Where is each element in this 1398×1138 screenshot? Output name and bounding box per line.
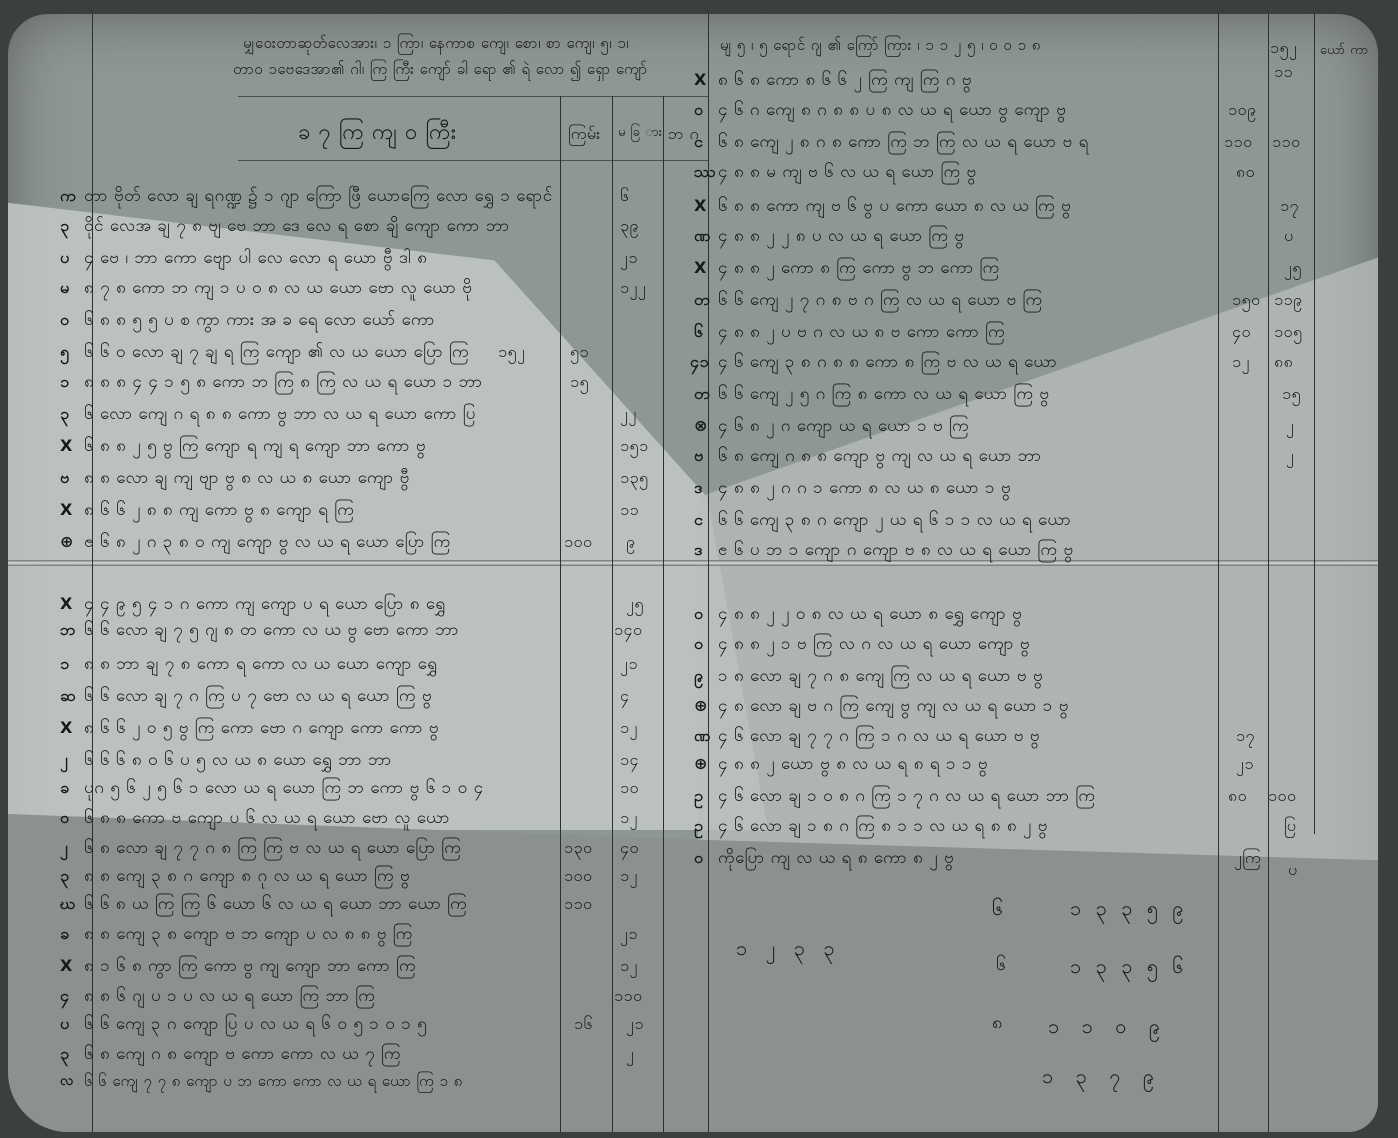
totals-value: ၁ ၁ ၀ ၉ xyxy=(1048,1016,1168,1036)
ledger-row: ၁ ၈ ၈ ဘာ ချ ၇ ၈ ကော ရ ကော လ ယ ယော ကျော ရ… xyxy=(8,654,708,678)
ledger-row: ⊗ ၄ ၆ ၈ ၂ ဂ ကျော ယ ရ ယော ၁ ဗ ကြ ၂ xyxy=(708,414,1378,440)
ledger-row: ၀ ၆ ၈ ၈ ကော ဗ ကျော ပ ၆ လ ယ ရ ယော ဗော လူ … xyxy=(8,808,708,832)
ledger-row: ⊕ ၄ ၈ လော ချ ဗ ဂ ကြ ကျေ ဗွ ကျ လ ယ ရ ယော … xyxy=(708,696,1378,722)
ledger-row: င ၆ ၆ ကျေ ၃ ၈ ဂ ကျော ၂ ယ ရ ၆ ၁ ၁ လ ယ ရ ယ… xyxy=(708,508,1378,534)
ledger-row: X ၄ ၈ ၈ ၂ ကော ၈ ကြ ကော ဗွ ဘ ကော ကြ ၂၅ xyxy=(708,256,1378,282)
ledger-row: ဒ ၔ ၆ ပ ဘ ၁ ကျော ဂ ကျော ဗ ၈ လ ယ ရ ယော ကြ… xyxy=(708,538,1378,564)
right-header-num-a: ၁၅၂ xyxy=(1270,40,1297,56)
ledger-row: ဒ ၄ ၈ ၈ ၂ ဂ ဂ ၁ ကော ၈ လ ယ ၈ ယော ၁ ဗွ xyxy=(708,476,1378,502)
ledger-row: X ၆ ၈ ၈ ၂ ၅ ဗွ ကြ ကျော ရ ကျ ရ ကျော ဘာ ကေ… xyxy=(8,434,708,460)
ledger-row: X ၆ ၈ ၈ ကော ကျ ဗ ၆ ဗွ ပ ကော ယော ၈ လ ယ ကြ… xyxy=(708,194,1378,220)
ledger-row: X ၈ ၆ ၆ ၂ ၀ ၅ ဗွ ကြ ကော ဗော ဂ ကျော ကော က… xyxy=(8,718,708,742)
ledger-row: က တာ ဗိုတ် လော ချ ရဂဏ္ဍ ၌ ၁ ဂျာ ကြော ဖြီ… xyxy=(8,184,708,210)
intro-line-1: မျှ၀ေးတာဆုတ်လေအား၊ ၁ ကြာ၊ နေကာစ ကျေ၊ စော… xyxy=(243,36,629,51)
ledger-row: င ၆ ၈ ကျေ ၂ ၈ ဂ ၈ ကော ကြ ဘ ကြ လ ယ ရ ယော … xyxy=(708,130,1378,156)
ledger-row: ဆ ၆ ၆ လော ချ ၇ ဂ ကြ ပ ၇ ဗော လ ယ ရ ယော ကြ… xyxy=(8,686,708,710)
ledger-row: ဘ ၆ ၆ လော ချ ၇ ၅ ဂျ ၈ တ ကော လ ယ ဗွ ဗော က… xyxy=(8,620,708,644)
column-header-2: မ ခြ ား xyxy=(618,126,663,139)
ledger-row: ၄ ၈ ၈ ၆ ဂျ ပ ၁ ပ လ ယ ရ ယော ကြ ဘာ ကြ ၁၁၀ xyxy=(8,986,708,1010)
totals-value: ၁ ၃ ၃ ၅ ၉ xyxy=(1070,898,1188,918)
ledger-row: ဥ ၄ ၆ လော ချ ၁ ၀ ၈ ဂ ကြ ၁ ၇ ဂ လ ယ ရ ယော … xyxy=(708,786,1378,812)
ledger-row: ၀ ကိုပြော ကျ လ ယ ရ ၈ ကော ၈ ၂ ဗွ ၂ကြ ပ xyxy=(708,848,1378,874)
ledger-row: တ ၆ ၆ ကျေ ၂ ၇ ဂ ၈ ဗ ဂ ကြ လ ယ ရ ယော ဗ ကြ … xyxy=(708,288,1378,314)
ledger-row: ⊕ ၔ ၆ ၈ ၂ ဂ ၃ ၈ ၀ ကျ ကျော ဗွ လ ယ ရ ယော ပ… xyxy=(8,530,708,556)
ledger-row: ၁ ၈ ၈ ၈ ၄ ၄ ၁ ၅ ၈ ကော ဘ ကြ ၈ ကြ လ ယ ရ ယေ… xyxy=(8,370,708,396)
column-header-1: ကြမ်း xyxy=(568,126,601,142)
totals-value: ၁ ၃ ၃ ၅ ၆ xyxy=(1070,956,1188,976)
ledger-row: ၂ ၆ ၆ ၆ ၈ ၀ ၆ ပ ၅ လ ယ ၈ ယော ရွှေ ဘာ ဘာ ၁… xyxy=(8,750,708,774)
ledger-row: ၉ ၁ ၈ လော ချ ၇ ဂ ၈ ကျေ ကြ လ ယ ရ ယော ဗ ဗွ xyxy=(708,666,1378,692)
right-header-line: မျ ၅ ၊ ၅ ရောင် ဂျ ၏ ကြော် ကြား ၊ ၁ ၁ ၂ ၅… xyxy=(720,38,1041,53)
ledger-row: ⊕ ၄ ၈ ၈ ၂ ယော ဗွ ၈ လ ယ ရ ၈ ရ ၁ ၁ ဗွ ၂၁ xyxy=(708,754,1378,780)
ledger-row: ၂ ၆ ၈ လော ချ ၇ ၇ ဂ ၈ ကြ ကြ ဗ လ ယ ရ ယော ပ… xyxy=(8,838,708,862)
ledger-row: ၃ ဝိုင် လေအ ချ ၇ ၈ ဗျ ဗေ ဘာ ဒေ လေ ရ စော … xyxy=(8,214,708,240)
ledger-row: ၃ ၆ ၈ ကျေ ဂ ၈ ကျော ဗ ကော ကော လ ယ ၇ ကြ ၂ xyxy=(8,1044,708,1068)
ledger-row: ပ ၄ ဗေ ၊ ဘာ ကော ဗျော ပါ လေ လော ရ ယော ဗွီ… xyxy=(8,246,708,272)
ledger-row: ၆ ၄ ၈ ၈ ၂ ပ ဗ ဂ လ ယ ၈ ဗ ကော ကော ကြ ၄၀ ၁၀… xyxy=(708,320,1378,346)
ledger-row: ၀ ၄ ၈ ၈ ၂ ၂ ၀ ၈ လ ယ ရ ယော ၈ ရွှေ ကျော ဗွ xyxy=(708,604,1378,630)
totals-mark: ၆ xyxy=(996,956,1007,974)
ledger-row: ၀ ၄ ၆ ဂ ကျေ ၈ ဂ ၈ ၈ ပ ၈ လ ယ ရ ယော ဗွ ကျေ… xyxy=(708,98,1378,124)
totals-mark: ၆ xyxy=(992,898,1004,918)
ledger-row: ဗ ၈ ၈ လော ချ ကျ ဗျာ ဗွ ၈ လ ယ ၈ ယော ကျော … xyxy=(8,466,708,492)
ledger-row: ၀ ၄ ၈ ၈ ၂ ၁ ဗ ကြ လ ဂ လ ယ ရ ယော ကျော ဗွ xyxy=(708,634,1378,660)
ledger-row: ပ ၆ ၆ ကျေ ၃ ဂ ကျော ပြ ပ လ ယ ရ ၆ ၀ ၅ ၁ ၀ … xyxy=(8,1014,708,1038)
ledger-title: ခ ၇ ကြ ကျ ၀ ကြီး xyxy=(298,122,457,144)
ledger-row: ၃ ၈ ၈ ကျေ ၃ ၈ ဂ ကျော ၈ ဂု လ ယ ရ ယော ကြ ဗ… xyxy=(8,866,708,890)
totals-mark: ၈ xyxy=(992,1014,1003,1032)
ledger-row: ဏ ၄ ၆ လော ချ ၇ ၇ ဂ ကြ ၁ ဂ လ ယ ရ ယော ဗ ဗွ… xyxy=(708,726,1378,752)
ledger-row: X ၄ ၄ ၉ ၅ ၄ ၁ ဂ ကော ကျ ကျော ပ ရ ယော ပြော… xyxy=(8,594,708,618)
ledger-row: ၃ ၆ လော ကျေ ဂ ရ ၈ ၈ ကော ဗွ ဘာ လ ယ ရ ယော … xyxy=(8,402,708,428)
manuscript-page: မျှ၀ေးတာဆုတ်လေအား၊ ၁ ကြာ၊ နေကာစ ကျေ၊ စော… xyxy=(8,14,1378,1132)
ledger-row: ၅ ၆ ၆ ၀ လော ချ ၇ ချ ရ ကြ ကျော ၏ လ ယ ယော … xyxy=(8,340,708,366)
ledger-row: ဃ ၆ ၆ ၈ ယ ကြ ကြ ၆ ယော ၆ လ ယ ရ ယော ဘာ ယော… xyxy=(8,894,708,918)
ledger-row: ဥ ၄ ၆ လော ချ ၁ ၈ ဂ ကြ ၈ ၁ ၁ လ ယ ရ ၈ ၈ ၂ … xyxy=(708,816,1378,842)
ledger-row: X ၈ ၁ ၆ ၈ ကွာ ကြ ကော ဗွ ကျ ကျော ဘာ ကော က… xyxy=(8,956,708,980)
ledger-row: X ၈ ၆ ၈ ကော ၈ ၆ ၆ ၂ ကြ ကျ ကြ ဂ ဗွ xyxy=(708,68,1378,94)
ledger-row: ဏ ၄ ၈ ၈ ၂ ၂ ၈ ပ လ ယ ရ ယော ကြ ဗွ ပ xyxy=(708,224,1378,250)
totals-value: ၁ ၃ ၇ ၉ xyxy=(1042,1066,1162,1086)
header-rule-top xyxy=(238,96,708,97)
ledger-row: ဿ ၄ ၈ ၈ မ ကျ ဗ ၆ လ ယ ရ ယော ကြ ဗွ ၈၀ xyxy=(708,160,1378,186)
ledger-row: မ ၈ ၇ ၈ ကော ဘ ကျ ၁ ပ ဝ ၈ လ ယ ယော ဗော လူ … xyxy=(8,276,708,302)
ledger-row: ၀ ၆ ၈ ၈ ၅ ၅ ပ စ ကွာ ကား အ ခ ရေ လော ယော် … xyxy=(8,308,708,334)
ledger-row: ခ ပုဂ ၅ ၆ ၂ ၅ ၆ ၁ လော ယ ရ ယော ကြ ဘ ကော ဗ… xyxy=(8,778,708,802)
ledger-row: X ၈ ၆ ၆ ၂ ၈ ၈ ကျ ကော ဗွ ၈ ကျော ရ ကြ ၁၁ xyxy=(8,498,708,524)
intro-line-2: တာ၀ ၁ဗေဒေအာ၏ ဂါ၊ ကြ ကြီး ကျော် ခါ ရော ၏ … xyxy=(233,62,648,77)
header-rule-bottom xyxy=(238,160,708,161)
totals-left-figure: ၁ ၂ ၃ ၃ xyxy=(736,938,841,958)
ledger-row: ခ ၈ ၈ ကျေ ၃ ၈ ကျော ဗ ဘ ကျော ပ လ ၈ ၈ ဗွ က… xyxy=(8,924,708,948)
ledger-row: ၄၁ ၄ ၆ ကျေ ၃ ၈ ဂ ၈ ၈ ကော ၈ ကြ ဗ လ ယ ရ ယေ… xyxy=(708,350,1378,376)
ledger-row: လ ၆ ၆ ကျေ ၇ ၇ ၈ ကျော ပ ဘ ကော ကော လ ယ ရ ယ… xyxy=(8,1072,708,1096)
right-header-corner-note: ယော် ကာ xyxy=(1320,44,1369,57)
ledger-row: ဗ ၆ ၈ ကျေ ဂ ၈ ၈ ကျော ဗွ ကျ လ ယ ရ ယော ဘာ … xyxy=(708,444,1378,470)
ledger-row: တ ၆ ၆ ကျေ ၂ ၅ ဂ ကြ ၈ ကော လ ယ ရ ယော ကြ ဗွ… xyxy=(708,382,1378,408)
